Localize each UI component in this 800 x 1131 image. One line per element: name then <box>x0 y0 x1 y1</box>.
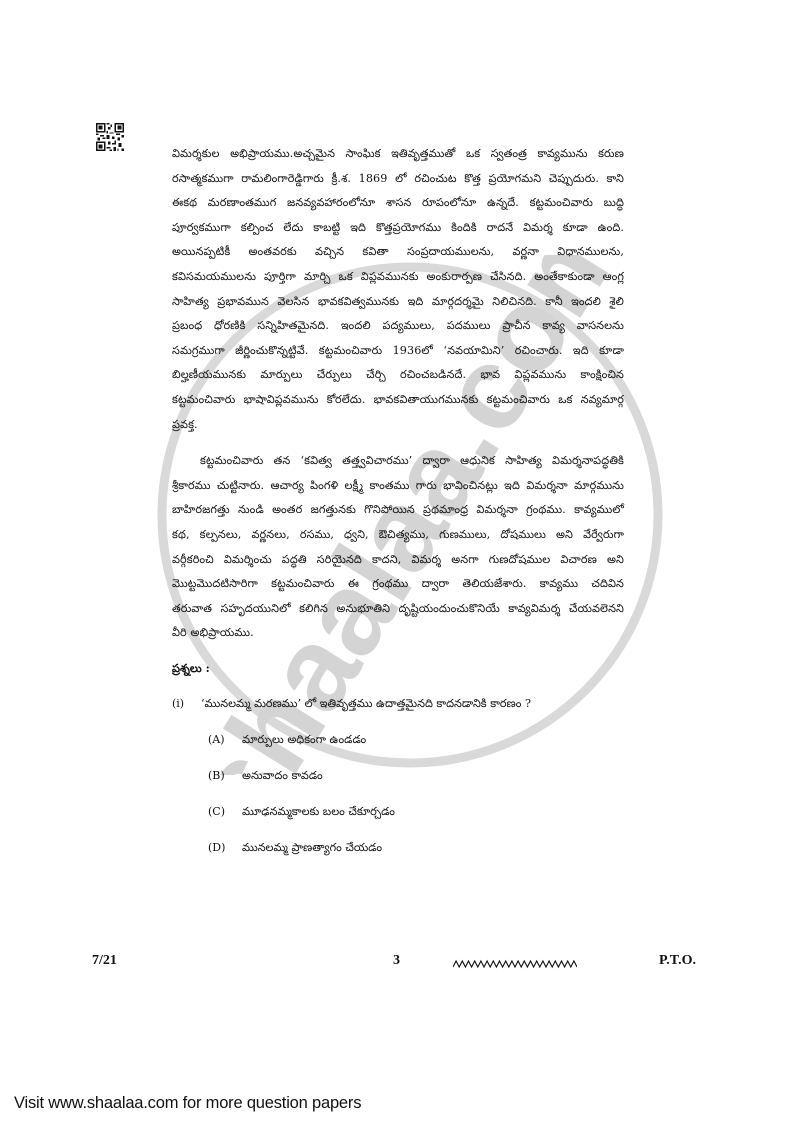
question-item: (i) ‘మునలమ్మ మరణము’ లో ఇతివృత్తము ఉదాత్త… <box>172 692 624 716</box>
passage-line: కట్టమంచివారు భాషావిప్లవమును కోరలేదు. భావ… <box>172 388 624 413</box>
passage-line: ప్రబంధ ధోరణికి సన్నిహితమైనది. ఇందలి పద్య… <box>172 314 624 339</box>
page-number: 3 <box>393 953 400 969</box>
passage-line: మొట్టమొదటిసారిగా కట్టమంచివారు ఈ గ్రంథము … <box>172 572 624 597</box>
wavy-line-icon <box>453 959 577 969</box>
passage-line: బాహిరజగత్తు నుండి అంతర జగత్తునకు గొనిపోయ… <box>172 498 624 523</box>
question-text: ‘మునలమ్మ మరణము’ లో ఇతివృత్తము ఉదాత్తమైనద… <box>172 697 531 710</box>
passage-line: వీరి అభిప్రాయము. <box>172 621 624 646</box>
option-label: (A) <box>208 728 225 752</box>
option-text: అనువాదం కావడం <box>208 764 323 788</box>
option-label: (B) <box>208 764 225 788</box>
pto-label: P.T.O. <box>659 953 696 969</box>
answer-option: (A)మార్పులు అధికంగా ఉండడం <box>172 728 624 752</box>
passage-line: సమగ్రముగా జీర్ణించుకొన్నట్టివే. కట్టమంచి… <box>172 339 624 364</box>
passage-line: ఈకథ మరణాంతముగ జనవ్యవహారంలోనూ శాసన రూపంలో… <box>172 191 624 216</box>
option-text: మునలమ్మ ప్రాణత్యాగం చేయడం <box>208 836 382 860</box>
questions-heading: ప్రశ్నలు : <box>172 656 624 680</box>
passage-paragraph-1: విమర్శకుల అభిప్రాయము.అచ్చమైన సాంఘిక ఇతివ… <box>172 142 624 437</box>
passage-line: విమర్శకుల అభిప్రాయము.అచ్చమైన సాంఘిక ఇతివ… <box>172 142 624 167</box>
passage-line: కట్టమంచివారు తన ‘కవిత్వ తత్త్వవిచారము’ ద… <box>172 449 624 474</box>
answer-option: (B)అనువాదం కావడం <box>172 764 624 788</box>
passage-line: పూర్వకముగా కల్పించ లేదు కాబట్టి ఇది కొత్… <box>172 216 624 241</box>
page-footer: 7/21 3 P.T.O. <box>0 953 800 977</box>
qr-code-icon <box>96 123 124 151</box>
question-number: (i) <box>172 692 184 716</box>
document-body: విమర్శకుల అభిప్రాయము.అచ్చమైన సాంఘిక ఇతివ… <box>172 142 624 860</box>
passage-line: అయినప్పటికీ అంతవరకు వచ్చిన కవితా సంప్రదా… <box>172 240 624 265</box>
passage-line: కథ, కల్పనలు, వర్ణనలు, రసము, ధ్వని, ఔచిత్… <box>172 523 624 548</box>
passage-line: బిల్హణీయమునకు మార్పులు చేర్పులు చేర్చి ర… <box>172 363 624 388</box>
option-label: (D) <box>208 836 225 860</box>
passage-line: తరువాత సహృదయునిలో కలిగిన అనుభూతిని దృష్ట… <box>172 597 624 622</box>
passage-line: రసాత్మకముగా రామలింగారెడ్డిగారు క్రీ.శ. 1… <box>172 167 624 192</box>
passage-line: సాహిత్య ప్రభావమున వెలసిన భావకవిత్వమునకు … <box>172 290 624 315</box>
passage-line: కవిసమయములను పూర్తిగా మార్చి ఒక విప్లవమున… <box>172 265 624 290</box>
shaalaa-banner[interactable]: Visit www.shaalaa.com for more question … <box>14 1094 361 1113</box>
option-text: మార్పులు అధికంగా ఉండడం <box>208 728 366 752</box>
passage-line: శ్రీకారము చుట్టినారు. ఆచార్య పింగళి లక్ష… <box>172 474 624 499</box>
passage-line: వర్గీకరించి విమర్శించు పద్ధతి సరియైనది క… <box>172 548 624 573</box>
paper-code: 7/21 <box>92 953 117 969</box>
answer-option: (C)మూఢనమ్మకాలకు బలం చేకూర్చడం <box>172 800 624 824</box>
option-label: (C) <box>208 800 225 824</box>
option-text: మూఢనమ్మకాలకు బలం చేకూర్చడం <box>208 800 395 824</box>
passage-paragraph-2: కట్టమంచివారు తన ‘కవిత్వ తత్త్వవిచారము’ ద… <box>172 449 624 646</box>
answer-option: (D)మునలమ్మ ప్రాణత్యాగం చేయడం <box>172 836 624 860</box>
passage-line: ప్రవక్త. <box>172 413 624 438</box>
